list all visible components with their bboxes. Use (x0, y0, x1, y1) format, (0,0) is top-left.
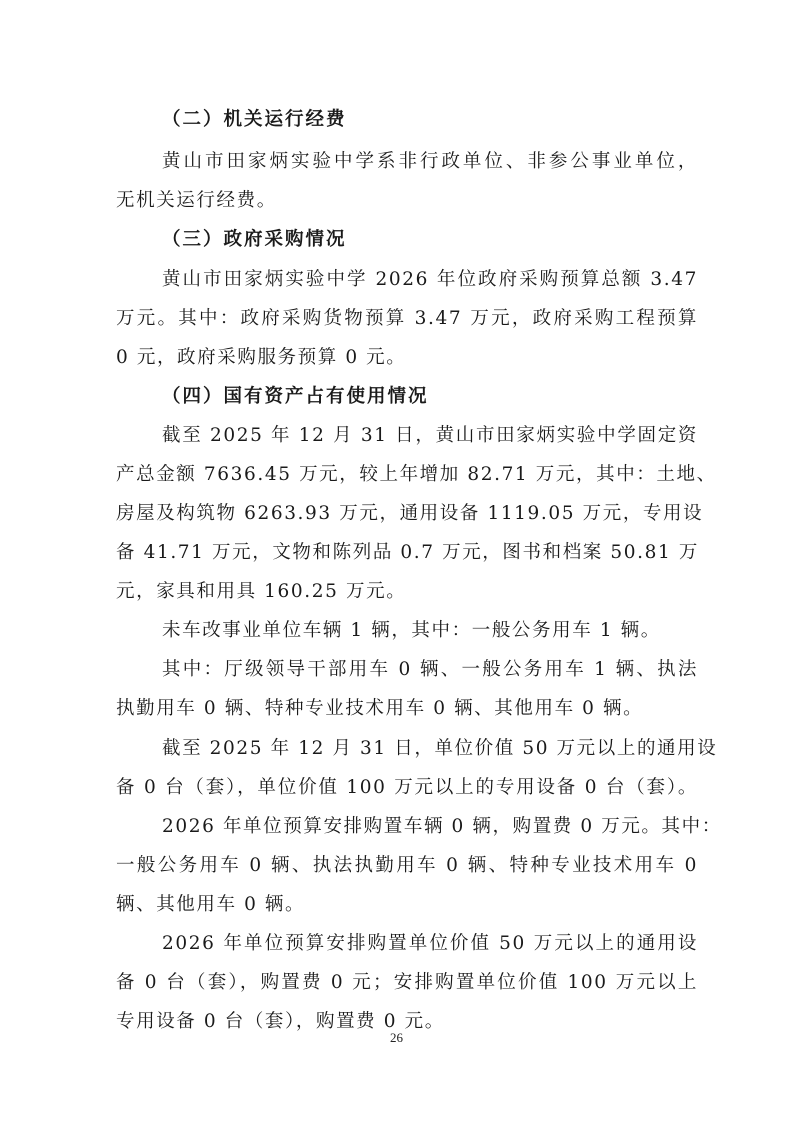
paragraph-line: 黄山市田家炳实验中学系非行政单位、非参公事业单位， (162, 150, 698, 174)
paragraph-line: 一般公务用车 0 辆、执法执勤用车 0 辆、特种专业技术用车 0 (116, 854, 698, 878)
section-heading-state-assets: （四）国有资产占有使用情况 (162, 385, 744, 409)
document-page: （二）机关运行经费 黄山市田家炳实验中学系非行政单位、非参公事业单位， 无机关运… (0, 0, 793, 1122)
paragraph-line: 辆、其他用车 0 辆。 (116, 893, 698, 917)
paragraph-line: 截至 2025 年 12 月 31 日，黄山市田家炳实验中学固定资 (162, 424, 698, 448)
paragraph-line: 2026 年单位预算安排购置单位价值 50 万元以上的通用设 (162, 932, 698, 956)
paragraph-line: 房屋及构筑物 6263.93 万元，通用设备 1119.05 万元，专用设 (116, 502, 698, 526)
page-number: 26 (0, 1030, 793, 1046)
paragraph-line: 元，家具和用具 160.25 万元。 (116, 580, 698, 604)
paragraph-line: 备 41.71 万元，文物和陈列品 0.7 万元，图书和档案 50.81 万 (116, 541, 698, 565)
section-heading-government-procurement: （三）政府采购情况 (162, 228, 744, 252)
paragraph-line: 2026 年单位预算安排购置车辆 0 辆，购置费 0 万元。其中： (162, 815, 698, 839)
paragraph-line: 产总金额 7636.45 万元，较上年增加 82.71 万元，其中：土地、 (116, 463, 698, 487)
paragraph-line: 其中：厅级领导干部用车 0 辆、一般公务用车 1 辆、执法 (162, 658, 698, 682)
paragraph-line: 截至 2025 年 12 月 31 日，单位价值 50 万元以上的通用设 (162, 737, 698, 761)
section-heading-operating-expenses: （二）机关运行经费 (162, 108, 744, 132)
paragraph-line: 备 0 台（套），单位价值 100 万元以上的专用设备 0 台（套）。 (116, 776, 698, 800)
paragraph-line: 万元。其中：政府采购货物预算 3.47 万元，政府采购工程预算 (116, 307, 698, 331)
paragraph-line: 无机关运行经费。 (116, 189, 698, 213)
paragraph-line: 备 0 台（套），购置费 0 元；安排购置单位价值 100 万元以上 (116, 971, 698, 995)
paragraph-line: 0 元，政府采购服务预算 0 元。 (116, 346, 698, 370)
paragraph-line: 黄山市田家炳实验中学 2026 年位政府采购预算总额 3.47 (162, 268, 698, 292)
paragraph-line: 未车改事业单位车辆 1 辆，其中：一般公务用车 1 辆。 (162, 619, 698, 643)
paragraph-line: 执勤用车 0 辆、特种专业技术用车 0 辆、其他用车 0 辆。 (116, 697, 698, 721)
